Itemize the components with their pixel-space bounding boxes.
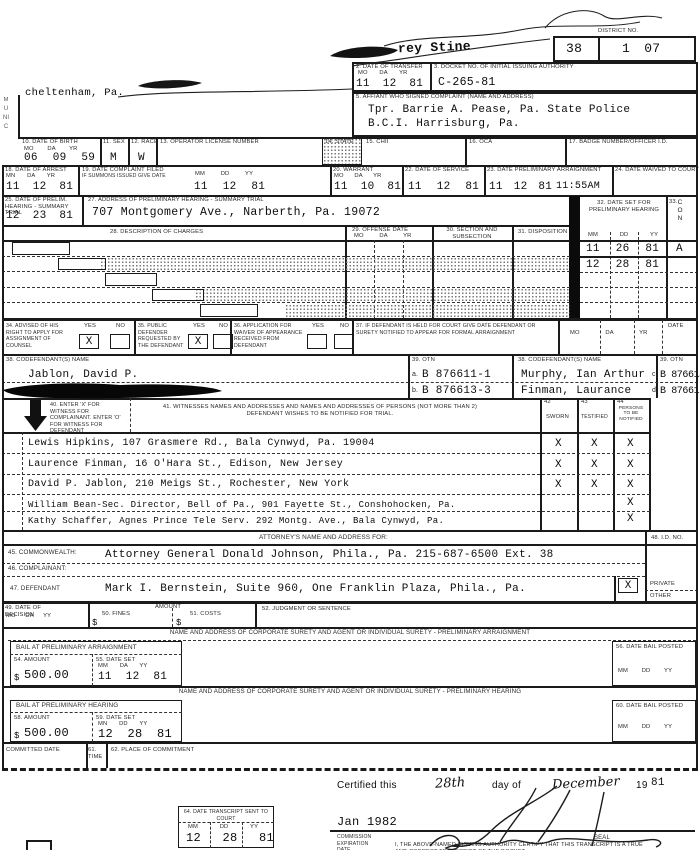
v-a1 <box>100 137 102 165</box>
warrant-cols: MO DA YR <box>334 173 381 180</box>
sex-label: 11. SEX <box>103 139 125 146</box>
rights-counsel-yes-label: YES <box>84 323 96 330</box>
codef-otn-label-1: 39. OTN <box>412 357 435 364</box>
codefendant-name: Murphy, Ian Arthur <box>521 369 645 381</box>
col-notified-num: 44 <box>617 399 624 406</box>
witness-testified-mark: X <box>591 479 598 491</box>
bail2-posted-label: 60. DATE BAIL POSTED <box>616 703 692 710</box>
waived-label: 24. DATE WAIVED TO COURT <box>615 167 699 174</box>
scanned-docket-form: rey Stine DISTRICT NO. 38 1 07 2. DATE O… <box>0 0 700 850</box>
transcript-sent-cols: MM DD YY <box>188 824 258 831</box>
committed-time-label: 61. TIME <box>88 747 104 760</box>
col-sworn-label: SWORN <box>546 414 569 421</box>
otn-prefix: c. <box>652 372 658 379</box>
complaint-value: 11 12 81 <box>194 181 265 193</box>
certified-day-handwritten: 28th <box>435 775 466 792</box>
complaint-cols: MM DD YY <box>195 171 253 178</box>
otn-prefix: b. <box>412 388 418 395</box>
codefendant-name: Jablon, David P. <box>28 369 138 381</box>
charge-step-box <box>200 304 258 317</box>
v-b5 <box>612 165 614 195</box>
witness-sworn-mark: X <box>555 438 562 450</box>
v-a2 <box>128 137 130 165</box>
certified-month-handwritten: December <box>552 774 620 793</box>
bail1-date: 11 12 81 <box>98 671 167 683</box>
bail1-dollar: $ <box>14 672 20 684</box>
witness-sworn-mark: X <box>555 459 562 471</box>
left-vertical-text: MUNIC <box>2 96 10 132</box>
bail2-amount: 500.00 <box>24 727 69 739</box>
committed-date-label: COMMITTED DATE <box>6 747 60 754</box>
witness-column-arrow-icon <box>24 400 47 431</box>
rights-defender-yes-box: X <box>188 334 208 349</box>
codefendant-otn: B 876611-1 <box>422 369 491 381</box>
col-sworn-num: 42 <box>544 399 551 406</box>
defendant-attorney-label: 47. DEFENDANT <box>10 586 60 593</box>
oca-label: 16. OCA <box>469 139 492 146</box>
transfer-cols: MO DA YR <box>358 70 407 77</box>
date-set-label: 32. DATE SET FOR PRELIMINARY HEARING <box>585 200 663 213</box>
commitment-place-label: 62. PLACE OF COMMITMENT <box>111 747 194 754</box>
race-value: W <box>138 152 145 164</box>
arrest-cols: MN DA YR <box>6 173 55 180</box>
rights-counsel-no-label: NO <box>116 323 125 330</box>
service-label: 22. DATE OF SERVICE <box>405 167 469 174</box>
bail2-title: BAIL AT PRELIMINARY HEARING <box>16 703 118 710</box>
bail1-posted-label: 56. DATE BAIL POSTED <box>616 644 692 651</box>
chii-label: 15. CHII <box>366 139 388 146</box>
arraign-value: 11 12 81 <box>489 181 552 193</box>
charges-dispo-label: 31. DISPOSITION <box>518 229 567 236</box>
witness-notified-mark: X <box>627 513 634 525</box>
signature-rule <box>330 830 695 832</box>
sex-value: M <box>110 152 117 164</box>
transfer-value: 11 12 81 <box>356 78 423 90</box>
affiant-line1: Tpr. Barrie A. Pease, Pa. State Police <box>368 104 630 116</box>
commonwealth-label: 45. COMMONWEALTH: <box>8 550 77 557</box>
certified-this-text: Certified this <box>337 780 397 792</box>
service-value: 11 12 81 <box>408 181 479 193</box>
bail2-posted-cols: MM DD YY <box>618 724 672 731</box>
year-preprint: 19 <box>636 780 648 792</box>
charge-row-shading <box>285 304 570 317</box>
municipality-fragment: cheltenham, Pa. <box>25 87 124 99</box>
charges-desc-label: 28. DESCRIPTION OF CHARGES <box>110 229 203 236</box>
docket-value: C-265-81 <box>438 77 496 89</box>
v-a5 <box>465 137 467 165</box>
docket-label: 3. DOCKET NO. OF INITIAL ISSUING AUTHORI… <box>434 64 574 71</box>
witness-testified-mark: X <box>591 459 598 471</box>
witness-notified-mark: X <box>627 459 634 471</box>
commission-expiration-value: Jan 1982 <box>337 816 397 828</box>
complaint-sub: IF SUMMONS ISSUED GIVE DATE <box>82 173 166 180</box>
charges-offense-cols: MO DA YR <box>354 233 411 240</box>
witness-name: David P. Jablon, 210 Meigs St., Rocheste… <box>28 479 349 491</box>
date-set-row1: 11 26 81 <box>586 243 659 255</box>
badge-label: 17. BADGE NUMBER/OFFICER I.D. <box>569 139 668 146</box>
rights-counsel-yes-box: X <box>79 334 99 349</box>
day-of-text: day of <box>492 780 521 792</box>
charges-bottom <box>2 318 698 321</box>
bail2-date: 12 28 81 <box>98 728 172 740</box>
oln-label: 13. OPERATOR LICENSE NUMBER <box>160 139 259 146</box>
left-edge-upper <box>18 95 20 137</box>
amount-label: AMOUNT <box>155 604 181 611</box>
form-left-border <box>2 165 4 768</box>
witness-testified-mark: X <box>591 438 598 450</box>
col-testified-num: 43 <box>581 399 588 406</box>
transfer-divider <box>430 62 432 92</box>
year-value: 81 <box>651 777 665 789</box>
witness-name: Lewis Hipkins, 107 Grasmere Rd., Bala Cy… <box>28 438 375 450</box>
complainant-label: 46. COMPLAINANT: <box>8 566 66 573</box>
v-b3 <box>402 165 404 195</box>
arraign-label: 23. DATE PRELIMINARY ARRAIGNMENT <box>487 167 601 174</box>
ink-smear-municipality <box>138 80 202 88</box>
codefendant-otn: B 876613-3 <box>422 385 491 397</box>
charge-step-box <box>58 258 106 270</box>
witness-notified-mark: X <box>627 438 634 450</box>
date-set-row2: 12 28 81 <box>586 259 659 271</box>
hearing-address-value: 707 Montgomery Ave., Narberth, Pa. 19072 <box>92 207 380 219</box>
other-label: OTHER <box>650 593 671 600</box>
ink-smear-name <box>330 47 398 58</box>
rights-held-label: 37. IF DEFENDANT IS HELD FOR COURT GIVE … <box>356 323 552 336</box>
rights-waiver-yes-box <box>307 334 327 349</box>
certify-statement-1: I, THE ABOVE-NAMED ISSUING AUTHORITY CER… <box>395 842 643 849</box>
bail1-amount-label: 54. AMOUNT <box>14 657 50 664</box>
fines-label: 50. FINES <box>102 611 130 618</box>
seal-label: SEAL <box>594 835 610 842</box>
bottom-left-fragment <box>26 840 52 842</box>
judgment-label: 52. JUDGMENT OR SENTENCE <box>262 606 351 613</box>
witness-sworn-mark: X <box>555 479 562 491</box>
district-no-label: DISTRICT NO. <box>598 28 638 35</box>
charge-step-box <box>12 242 70 255</box>
bail1-amount: 500.00 <box>24 669 69 681</box>
otn-prefix: d. <box>652 388 658 395</box>
rights-held-date-label: DATE <box>668 323 684 330</box>
transcript-sent-label: 64. DATE TRANSCRIPT SENT TO COURT <box>181 809 271 822</box>
surety-header-hearing: NAME AND ADDRESS OF CORPORATE SURETY AND… <box>2 689 698 696</box>
affiant-line2: B.C.I. Harrisburg, Pa. <box>368 118 520 130</box>
charge-step-box <box>152 289 204 301</box>
rights-held-cols: MO DA YR <box>570 330 647 337</box>
date-set-cols: MM DD YY <box>588 232 658 239</box>
witness-notified-mark: X <box>627 479 634 491</box>
v-a6 <box>565 137 567 165</box>
witness-name: Kathy Schaffer, Agnes Prince Tele Serv. … <box>28 515 444 527</box>
attorney-id-label: 48. I.D. NO. <box>651 535 683 542</box>
witness-type-label: 40. ENTER 'X' FOR WITNESS FOR COMPLAINAN… <box>50 402 126 435</box>
charges-section-label: 30. SECTION AND SUBSECTION <box>438 227 506 240</box>
rights-defender-no-box <box>213 334 233 349</box>
bail1-posted-cols: MM DD YY <box>618 668 672 675</box>
v-b4 <box>484 165 486 195</box>
con-word: CON <box>676 199 684 223</box>
witness-notified-mark: X <box>627 497 634 509</box>
decision-date-cols: MO DA YY <box>6 613 51 620</box>
panel-h1 <box>580 240 698 242</box>
defendant-attorney: Mark I. Bernstein, Suite 960, One Frankl… <box>105 583 526 595</box>
bottom-heavy-rule <box>2 768 698 771</box>
rights-defender-no-label: NO <box>219 323 228 330</box>
commission-expiration-label: COMMISSION EXPIRATION DATE <box>337 834 379 850</box>
costs-label: 51. COSTS <box>190 611 221 618</box>
rights-defender-label: 35. PUBLIC DEFENDER REQUESTED BY THE DEF… <box>138 323 188 349</box>
date-set-row1-con: A <box>676 243 683 255</box>
bail2-dollar: $ <box>14 730 20 742</box>
v-c1 <box>82 195 84 225</box>
col-testified-label: TESTIFIED <box>581 414 608 421</box>
surety-header-arraignment: NAME AND ADDRESS OF CORPORATE SURETY AND… <box>2 630 698 637</box>
charge-row-shading <box>100 257 570 270</box>
transcript-sent-value: 12 28 81 <box>186 832 274 844</box>
charge-row-shading <box>195 288 570 301</box>
codefendant-otn: B 876612-2 <box>660 386 700 398</box>
bail1-cols: MM DA YY <box>98 663 147 670</box>
district-num2: 1 07 <box>622 43 660 55</box>
rights-counsel-label: 34. ADVISED OF HIS RIGHT TO APPLY FOR AS… <box>6 323 76 349</box>
private-counsel-box: X <box>618 578 638 593</box>
form-right-border <box>696 62 698 768</box>
codef-name-label-1: 38. CODEFENDANT(S) NAME <box>6 357 89 364</box>
district-num1: 38 <box>566 43 582 55</box>
affiant-label: 5. AFFIANT WHO SIGNED COMPLAINT (NAME AN… <box>356 94 534 101</box>
charge-step-box <box>105 273 157 286</box>
attorney-header: ATTORNEY'S NAME AND ADDRESS FOR: <box>2 535 645 542</box>
bail2-amount-label: 58. AMOUNT <box>14 715 50 722</box>
v-b2 <box>330 165 332 195</box>
prelim-value: 12 23 81 <box>6 210 73 222</box>
signature-scrawl <box>430 786 661 850</box>
rights-defender-yes-label: YES <box>193 323 205 330</box>
redaction-blob <box>3 383 222 398</box>
otn-prefix: a. <box>412 372 418 379</box>
dob-value: 06 09 59 <box>24 152 95 164</box>
warrant-value: 11 10 81 <box>334 181 401 193</box>
arrest-value: 11 12 81 <box>6 181 73 193</box>
rights-waiver-no-box <box>334 334 354 349</box>
rights-waiver-label: 36. APPLICATION FOR WAIVER OF APPEARANCE… <box>234 323 306 349</box>
codef-otn-label-2: 39. OTN <box>660 357 683 364</box>
bail1-title: BAIL AT PRELIMINARY ARRAIGNMENT <box>16 645 137 652</box>
panel-h2 <box>580 256 698 258</box>
arraign-time: 11:55AM <box>556 181 600 193</box>
hearing-address-label: 27. ADDRESS OF PRELIMINARY HEARING - SUM… <box>88 197 264 204</box>
v-b1 <box>78 165 80 195</box>
race-label: 12. RACE <box>131 139 158 146</box>
codefendant-name: Finman, Laurance <box>521 385 631 397</box>
dob-label: 10. DATE OF BIRTH <box>22 139 78 146</box>
charges-header-bottom <box>2 240 570 242</box>
private-label: PRIVATE <box>650 581 675 588</box>
col-notified-label: PERSONS TO BE NOTIFIED <box>615 406 647 422</box>
rights-waiver-no-label: NO <box>340 323 349 330</box>
rights-counsel-no-box <box>110 334 130 349</box>
district-divider <box>598 36 600 62</box>
witness-name: Laurence Finman, 16 O'Hara St., Edison, … <box>28 459 343 471</box>
defendant-name-fragment: rey Stine <box>398 41 471 56</box>
witness-names-label: 41. WITNESSES NAMES AND ADDRESSES AND NA… <box>155 404 485 417</box>
codef-name-label-2: 38. CODEFENDANT(S) NAME <box>518 357 601 364</box>
rights-waiver-yes-label: YES <box>312 323 324 330</box>
heavy-divider-bar <box>569 196 580 318</box>
commonwealth-attorney: Attorney General Donald Johnson, Phila.,… <box>105 549 554 561</box>
witness-name: William Bean-Sec. Director, Bell of Pa.,… <box>28 499 456 511</box>
codefendant-otn: B 876614-4 <box>660 370 700 382</box>
state-label: 14. STATE <box>325 139 354 146</box>
